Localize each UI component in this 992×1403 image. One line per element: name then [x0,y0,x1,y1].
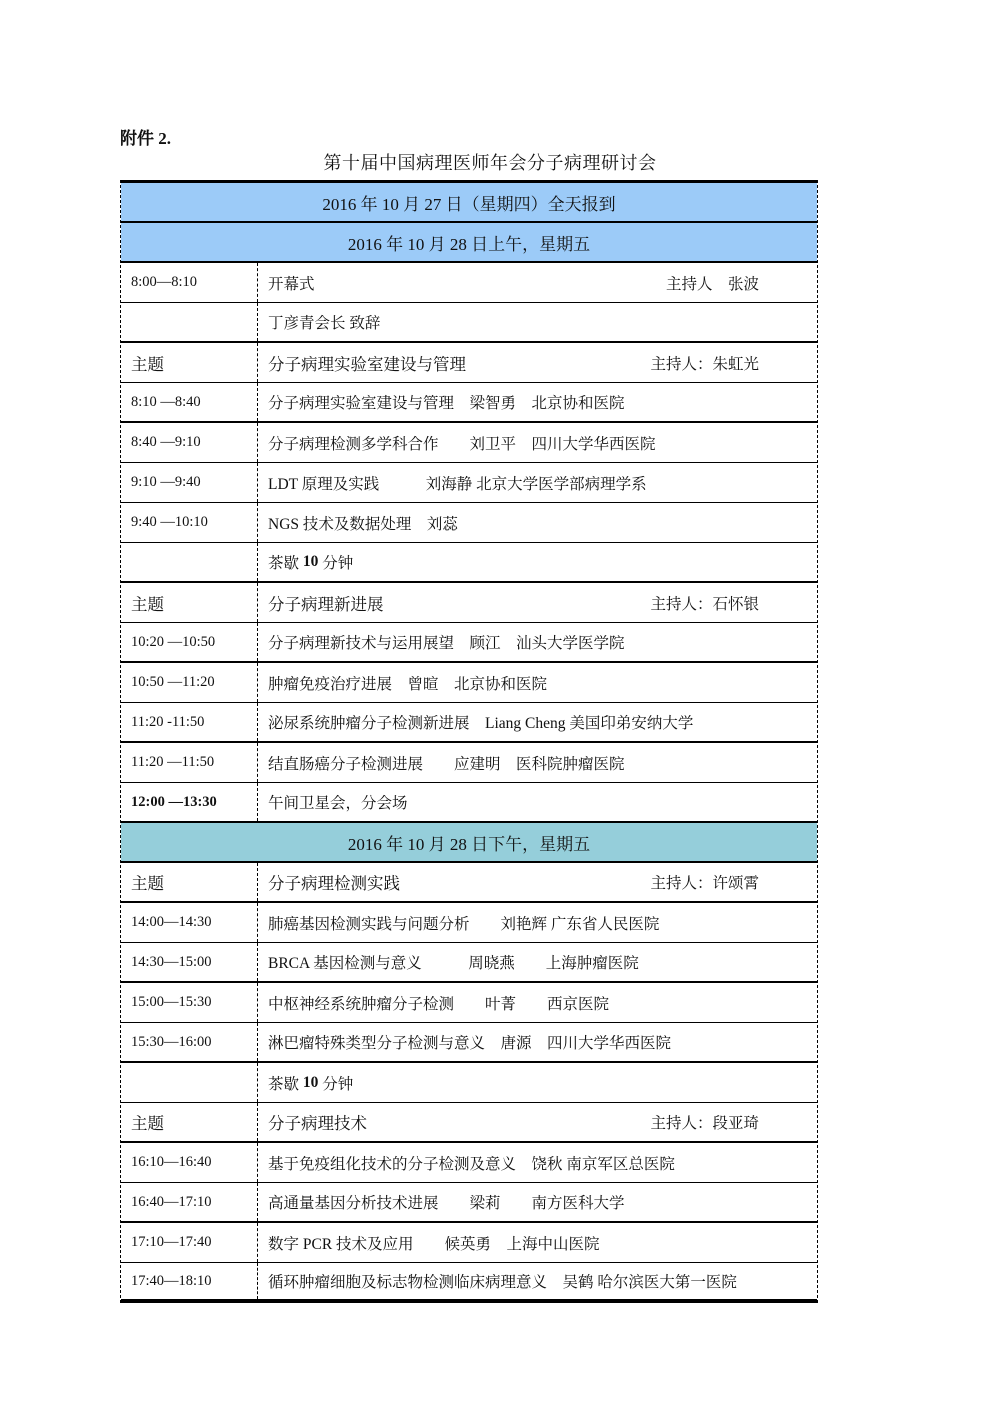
break-text: 分钟 [318,1072,353,1094]
topic-text: 数字 PCR 技术及应用 候英勇 上海中山医院 [268,1232,600,1254]
topic-text: 基于免疫组化技术的分子检测及意义 饶秋 南京军区总医院 [268,1152,675,1174]
time-cell: 主题 [121,583,258,622]
table-row: 丁彦青会长 致辞 [121,303,817,343]
topic-text: 肿瘤免疫治疗进展 曾暄 北京协和医院 [268,672,547,694]
topic-text: BRCA 基因检测与意义 周晓燕 上海肿瘤医院 [268,951,639,973]
host-text: 主持人：段亚琦 [638,1111,759,1133]
break-text: 分钟 [318,551,353,573]
break-row: 茶歇 10 分钟 [121,1063,817,1103]
break-minutes: 10 [303,1074,319,1092]
time-cell [121,1063,258,1102]
table-row: 8:40 —9:10 分子病理检测多学科合作 刘卫平 四川大学华西医院 [121,423,817,463]
table-row: 8:10 —8:40 分子病理实验室建设与管理 梁智勇 北京协和医院 [121,383,817,423]
content-cell: 肿瘤免疫治疗进展 曾暄 北京协和医院 [258,663,817,702]
content-cell: 高通量基因分析技术进展 梁莉 南方医科大学 [258,1183,817,1221]
time-text: 14:00—14:30 [131,914,212,931]
topic-text: 结直肠癌分子检测进展 应建明 医科院肿瘤医院 [268,752,625,774]
time-cell: 17:40—18:10 [121,1263,258,1299]
topic-text: 分子病理新技术与运用展望 顾江 汕头大学医学院 [268,631,625,653]
theme-label: 主题 [131,870,164,894]
table-row: 8:00—8:10 开幕式主持人 张波 [121,263,817,303]
time-cell: 15:00—15:30 [121,983,258,1022]
content-cell: LDT 原理及实践 刘海静 北京大学医学部病理学系 [258,463,817,502]
content-cell: 中枢神经系统肿瘤分子检测 叶菁 西京医院 [258,983,817,1022]
topic-text: 肺癌基因检测实践与问题分析 刘艳辉 广东省人民医院 [268,912,659,934]
host-text: 主持人：许颂霄 [638,871,759,893]
content-cell: 泌尿系统肿瘤分子检测新进展 Liang Cheng 美国印弟安纳大学 [258,703,817,741]
topic-text: 中枢神经系统肿瘤分子检测 叶菁 西京医院 [268,992,609,1014]
page-title: 第十届中国病理医师年会分子病理研讨会 [130,149,850,175]
topic-text: 泌尿系统肿瘤分子检测新进展 Liang Cheng 美国印弟安纳大学 [268,711,693,733]
theme-row: 主题 分子病理检测实践主持人：许颂霄 [121,863,817,903]
host-text: 主持人：朱虹光 [638,352,759,374]
time-cell: 11:20 -11:50 [121,703,258,741]
table-row: 17:40—18:10 循环肿瘤细胞及标志物检测临床病理意义 吴鹤 哈尔滨医大第… [121,1263,817,1303]
time-text: 15:30—16:00 [131,1034,212,1051]
time-cell: 14:30—15:00 [121,943,258,981]
content-cell: 数字 PCR 技术及应用 候英勇 上海中山医院 [258,1223,817,1262]
time-text: 16:40—17:10 [131,1194,212,1211]
content-cell: 茶歇 10 分钟 [258,1063,817,1102]
break-minutes: 10 [303,553,319,571]
topic-text: LDT 原理及实践 刘海静 北京大学医学部病理学系 [268,472,647,494]
section-header-text: 2016 年 10 月 27 日（星期四）全天报到 [322,190,615,215]
section-header-morning: 2016 年 10 月 28 日上午，星期五 [121,223,817,263]
content-cell: 结直肠癌分子检测进展 应建明 医科院肿瘤医院 [258,743,817,782]
theme-row: 主题 分子病理新进展主持人：石怀银 [121,583,817,623]
table-row: 10:20 —10:50 分子病理新技术与运用展望 顾江 汕头大学医学院 [121,623,817,663]
time-text: 17:40—18:10 [131,1273,212,1290]
time-text: 8:10 —8:40 [131,394,201,411]
time-text: 10:50 —11:20 [131,674,215,691]
table-row: 10:50 —11:20 肿瘤免疫治疗进展 曾暄 北京协和医院 [121,663,817,703]
break-text: 茶歇 [268,551,303,573]
time-cell: 主题 [121,863,258,901]
content-cell: 开幕式主持人 张波 [258,263,817,302]
content-cell: 肺癌基因检测实践与问题分析 刘艳辉 广东省人民医院 [258,903,817,942]
section-header-text: 2016 年 10 月 28 日上午，星期五 [348,230,590,255]
theme-label: 主题 [131,1110,164,1134]
table-row: 15:30—16:00 淋巴瘤特殊类型分子检测与意义 唐源 四川大学华西医院 [121,1023,817,1063]
host-text: 主持人 张波 [654,272,759,294]
theme-row: 主题 分子病理实验室建设与管理主持人：朱虹光 [121,343,817,383]
theme-row: 主题 分子病理技术主持人：段亚琦 [121,1103,817,1143]
table-row: 12:00 —13:30 午间卫星会，分会场 [121,783,817,823]
host-text: 主持人：石怀银 [638,592,759,614]
topic-text: 分子病理新进展 [268,591,384,615]
content-cell: 分子病理新进展主持人：石怀银 [258,583,817,622]
table-row: 11:20 —11:50 结直肠癌分子检测进展 应建明 医科院肿瘤医院 [121,743,817,783]
content-cell: 分子病理新技术与运用展望 顾江 汕头大学医学院 [258,623,817,661]
time-cell: 17:10—17:40 [121,1223,258,1262]
content-cell: NGS 技术及数据处理 刘蕊 [258,503,817,542]
topic-text: 分子病理实验室建设与管理 梁智勇 北京协和医院 [268,391,625,413]
time-cell: 10:50 —11:20 [121,663,258,702]
time-text: 8:40 —9:10 [131,434,201,451]
content-cell: 丁彦青会长 致辞 [258,303,817,341]
time-text: 15:00—15:30 [131,994,212,1011]
time-cell: 11:20 —11:50 [121,743,258,782]
content-cell: 循环肿瘤细胞及标志物检测临床病理意义 吴鹤 哈尔滨医大第一医院 [258,1263,817,1299]
break-row: 茶歇 10 分钟 [121,543,817,583]
topic-text: 分子病理检测多学科合作 刘卫平 四川大学华西医院 [268,432,656,454]
table-row: 9:40 —10:10 NGS 技术及数据处理 刘蕊 [121,503,817,543]
time-text: 16:10—16:40 [131,1154,212,1171]
topic-text: 分子病理技术 [268,1110,367,1134]
topic-text: 高通量基因分析技术进展 梁莉 南方医科大学 [268,1191,625,1213]
time-cell: 8:10 —8:40 [121,383,258,421]
time-text: 11:20 —11:50 [131,754,214,771]
content-cell: 茶歇 10 分钟 [258,543,817,581]
table-row: 9:10 —9:40 LDT 原理及实践 刘海静 北京大学医学部病理学系 [121,463,817,503]
content-cell: 分子病理检测实践主持人：许颂霄 [258,863,817,901]
topic-text: 分子病理检测实践 [268,870,400,894]
table-row: 17:10—17:40 数字 PCR 技术及应用 候英勇 上海中山医院 [121,1223,817,1263]
schedule-table: 2016 年 10 月 27 日（星期四）全天报到 2016 年 10 月 28… [120,180,818,1303]
time-cell: 10:20 —10:50 [121,623,258,661]
time-cell [121,303,258,341]
time-cell: 12:00 —13:30 [121,783,258,821]
table-row: 14:30—15:00 BRCA 基因检测与意义 周晓燕 上海肿瘤医院 [121,943,817,983]
table-row: 16:40—17:10 高通量基因分析技术进展 梁莉 南方医科大学 [121,1183,817,1223]
content-cell: BRCA 基因检测与意义 周晓燕 上海肿瘤医院 [258,943,817,981]
theme-label: 主题 [131,351,164,375]
time-cell: 16:10—16:40 [121,1143,258,1182]
content-cell: 午间卫星会，分会场 [258,783,817,821]
attachment-label: 附件 2. [120,124,171,149]
time-text: 9:40 —10:10 [131,514,208,531]
table-row: 11:20 -11:50 泌尿系统肿瘤分子检测新进展 Liang Cheng 美… [121,703,817,743]
content-cell: 分子病理技术主持人：段亚琦 [258,1103,817,1141]
time-text: 17:10—17:40 [131,1234,212,1251]
time-text: 11:20 -11:50 [131,714,204,731]
section-header-afternoon: 2016 年 10 月 28 日下午，星期五 [121,823,817,863]
time-text: 8:00—8:10 [131,274,197,291]
time-cell: 9:40 —10:10 [121,503,258,542]
content-cell: 分子病理检测多学科合作 刘卫平 四川大学华西医院 [258,423,817,462]
table-row: 16:10—16:40 基于免疫组化技术的分子检测及意义 饶秋 南京军区总医院 [121,1143,817,1183]
content-cell: 分子病理实验室建设与管理主持人：朱虹光 [258,343,817,382]
topic-text: NGS 技术及数据处理 刘蕊 [268,512,458,534]
section-header-text: 2016 年 10 月 28 日下午，星期五 [348,830,590,855]
table-row: 15:00—15:30 中枢神经系统肿瘤分子检测 叶菁 西京医院 [121,983,817,1023]
time-cell [121,543,258,581]
time-cell: 16:40—17:10 [121,1183,258,1221]
section-header-registration: 2016 年 10 月 27 日（星期四）全天报到 [121,183,817,223]
time-cell: 8:00—8:10 [121,263,258,302]
time-cell: 8:40 —9:10 [121,423,258,462]
break-text: 茶歇 [268,1072,303,1094]
time-cell: 15:30—16:00 [121,1023,258,1061]
time-text: 10:20 —10:50 [131,634,215,651]
time-cell: 14:00—14:30 [121,903,258,942]
time-cell: 主题 [121,1103,258,1141]
topic-text: 分子病理实验室建设与管理 [268,351,466,375]
theme-label: 主题 [131,591,164,615]
time-text: 12:00 —13:30 [131,794,217,811]
content-cell: 基于免疫组化技术的分子检测及意义 饶秋 南京军区总医院 [258,1143,817,1182]
topic-text: 循环肿瘤细胞及标志物检测临床病理意义 吴鹤 哈尔滨医大第一医院 [268,1270,737,1292]
time-text: 9:10 —9:40 [131,474,201,491]
topic-text: 开幕式 [268,272,315,294]
topic-text: 午间卫星会，分会场 [268,791,408,813]
topic-text: 淋巴瘤特殊类型分子检测与意义 唐源 四川大学华西医院 [268,1031,671,1053]
content-cell: 淋巴瘤特殊类型分子检测与意义 唐源 四川大学华西医院 [258,1023,817,1061]
time-text: 14:30—15:00 [131,954,212,971]
time-cell: 主题 [121,343,258,382]
topic-text: 丁彦青会长 致辞 [268,311,380,333]
table-row: 14:00—14:30 肺癌基因检测实践与问题分析 刘艳辉 广东省人民医院 [121,903,817,943]
content-cell: 分子病理实验室建设与管理 梁智勇 北京协和医院 [258,383,817,421]
time-cell: 9:10 —9:40 [121,463,258,502]
